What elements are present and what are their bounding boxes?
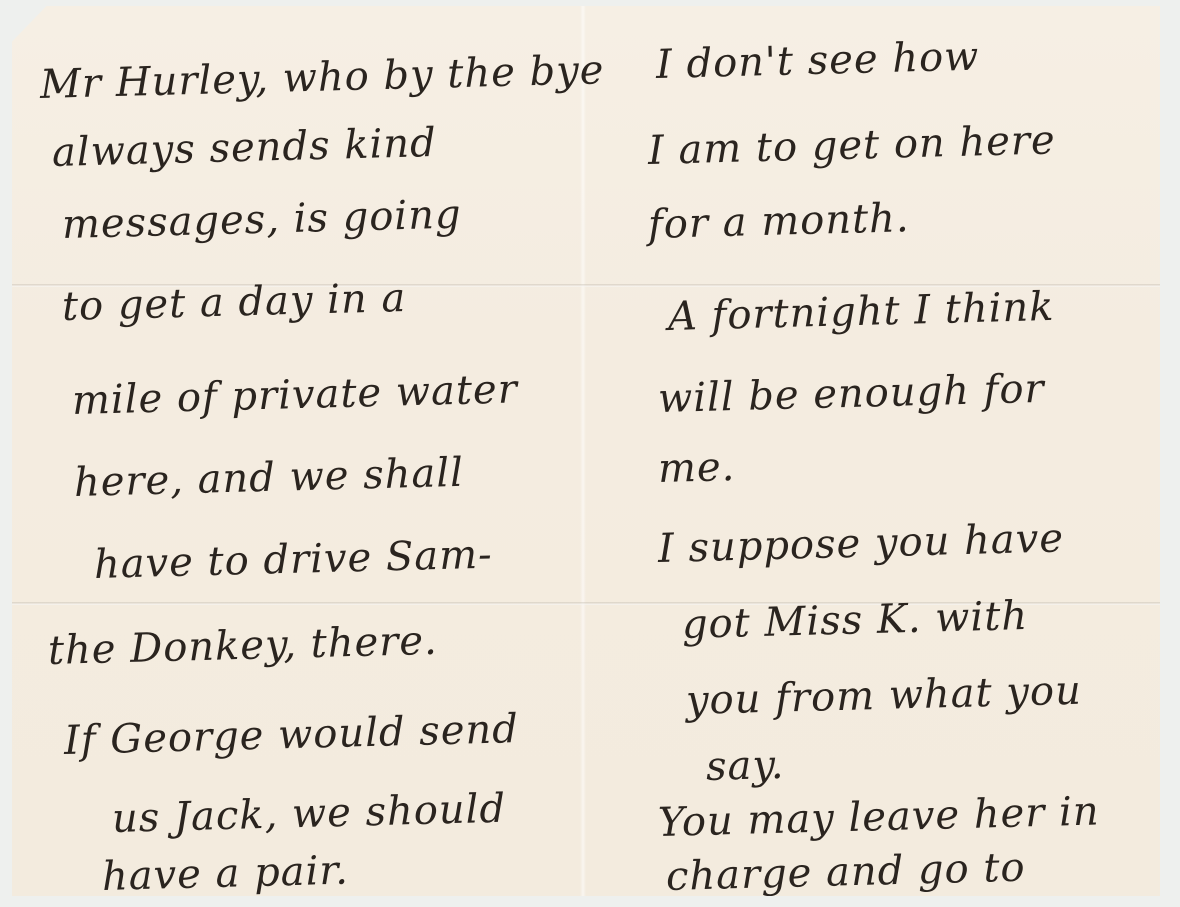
right-page: I don't see how I am to get on here for …	[586, 6, 1160, 896]
handwritten-line: always sends kind	[51, 120, 437, 176]
handwritten-line: the Donkey, there.	[47, 618, 438, 674]
handwritten-line: A fortnight I think	[667, 284, 1055, 340]
letter-scan: Mr Hurley, who by the bye always sends k…	[0, 0, 1180, 907]
handwritten-line: messages, is going	[61, 192, 462, 248]
handwritten-line: got Miss K. with	[681, 593, 1028, 648]
handwritten-line: will be enough for	[657, 366, 1045, 422]
handwritten-line: I don't see how	[655, 34, 980, 88]
handwritten-line: If George would send	[63, 706, 519, 764]
handwritten-line: I suppose you have	[657, 515, 1064, 572]
left-page: Mr Hurley, who by the bye always sends k…	[12, 6, 580, 896]
handwritten-line: say.	[705, 742, 785, 790]
handwritten-line: mile of private water	[71, 366, 518, 424]
handwritten-line: me.	[657, 444, 736, 492]
handwritten-line: for a month.	[647, 195, 910, 248]
handwritten-line: us Jack, we should	[111, 786, 506, 842]
handwritten-line: Mr Hurley, who by the bye	[39, 47, 605, 108]
handwritten-line: to get a day in a	[61, 275, 406, 330]
handwritten-line: I am to get on here	[647, 117, 1056, 174]
handwritten-line: have a pair.	[101, 848, 349, 900]
handwritten-line: have to drive Sam-	[93, 532, 493, 588]
letter-paper: Mr Hurley, who by the bye always sends k…	[12, 6, 1160, 896]
handwritten-line: you from what you	[685, 668, 1082, 724]
handwritten-line: here, and we shall	[73, 450, 464, 506]
handwritten-line: charge and go to	[665, 845, 1026, 900]
handwritten-line: You may leave her in	[657, 788, 1100, 846]
